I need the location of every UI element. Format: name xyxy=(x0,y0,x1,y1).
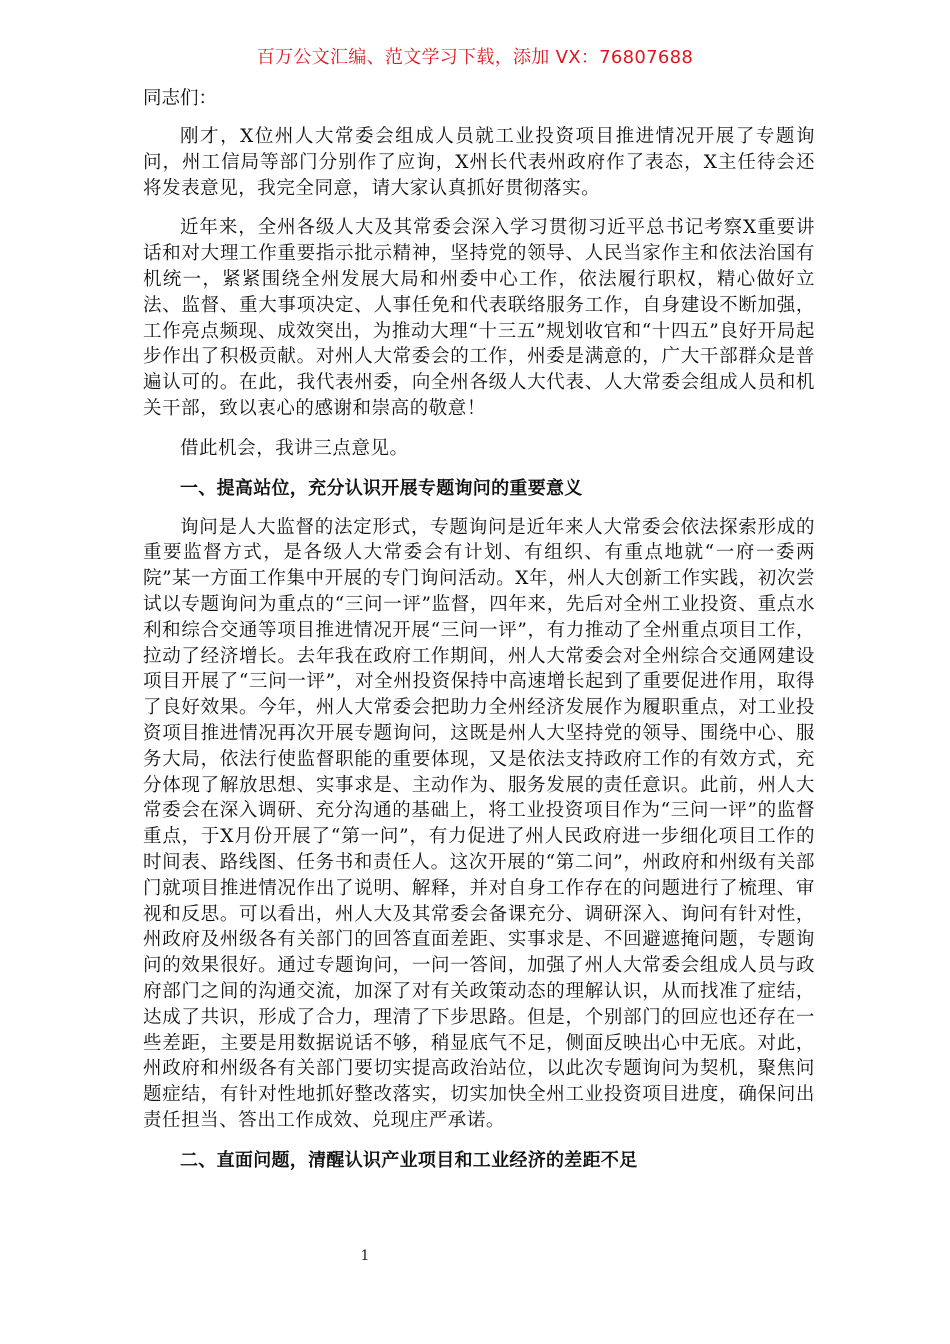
page-number: 1 xyxy=(0,1246,730,1266)
watermark-banner: 百万公文汇编、范文学习下载，添加 VX：76807688 xyxy=(0,44,950,72)
salutation: 同志们： xyxy=(143,86,815,112)
section-heading-1: 一、提高站位，充分认识开展专题询问的重要意义 xyxy=(143,476,815,502)
paragraph-opening: 刚才，X位州人大常委会组成人员就工业投资项目推进情况开展了专题询问，州工信局等部… xyxy=(143,124,815,201)
paragraph-transition: 借此机会，我讲三点意见。 xyxy=(143,436,815,462)
document-body: 同志们： 刚才，X位州人大常委会组成人员就工业投资项目推进情况开展了专题询问，州… xyxy=(143,86,815,1187)
paragraph-section-1: 询问是人大监督的法定形式，专题询问是近年来人大常委会依法探索形成的重要监督方式，… xyxy=(143,515,815,1134)
paragraph-achievements: 近年来，全州各级人大及其常委会深入学习贯彻习近平总书记考察X重要讲话和对大理工作… xyxy=(143,215,815,421)
section-heading-2: 二、直面问题，清醒认识产业项目和工业经济的差距不足 xyxy=(143,1148,815,1174)
